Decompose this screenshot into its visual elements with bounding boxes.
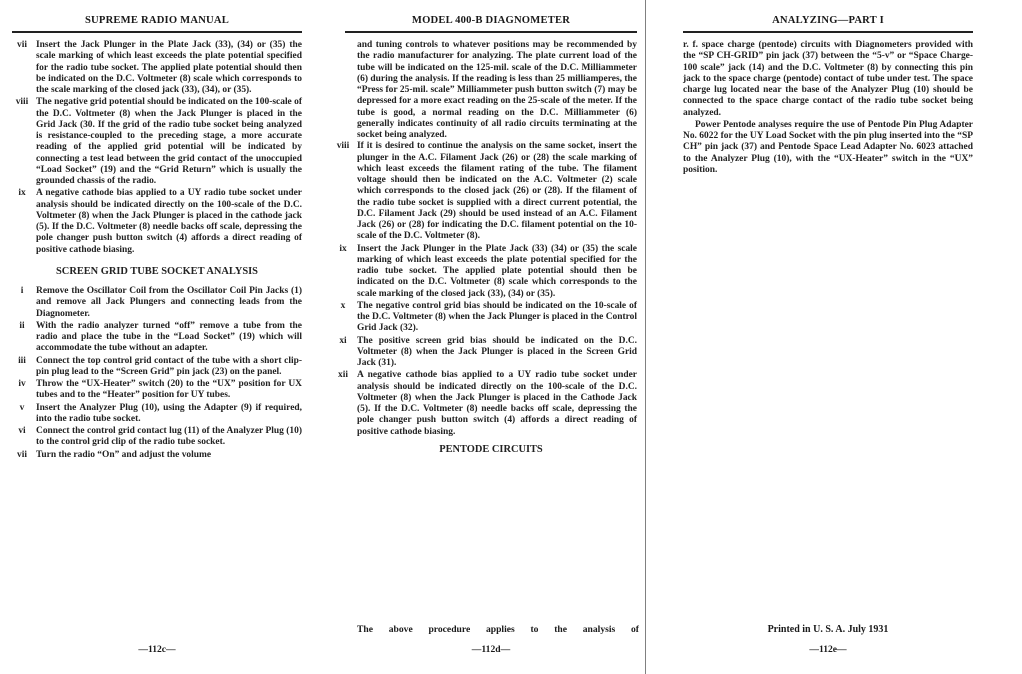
item-number: xii (333, 370, 357, 438)
item-text: Throw the “UX-Heater” switch (20) to the… (36, 379, 302, 402)
item-number: v (12, 403, 36, 426)
continuation-paragraph: and tuning controls to whatever position… (345, 40, 637, 141)
paragraph: r. f. space charge (pentode) circuits wi… (683, 40, 973, 119)
item-text: Turn the radio “On” and adjust the volum… (36, 450, 302, 461)
item-text: The negative grid potential should be in… (36, 97, 302, 187)
item-text: A negative cathode bias applied to a UY … (357, 370, 637, 438)
item-number: xi (333, 336, 357, 370)
item-text: Insert the Jack Plunger in the Plate Jac… (357, 244, 637, 300)
list-item: xThe negative control grid bias should b… (333, 301, 637, 335)
item-text: With the radio analyzer turned “off” rem… (36, 321, 302, 355)
item-text: Connect the control grid contact lug (11… (36, 426, 302, 449)
page-header: SUPREME RADIO MANUAL (12, 15, 302, 26)
header-rule (345, 31, 637, 33)
page-header: ANALYZING—PART I (683, 15, 973, 26)
list-item: iRemove the Oscillator Coil from the Osc… (12, 286, 302, 320)
item-number: iv (12, 379, 36, 402)
list-item: xiiA negative cathode bias applied to a … (333, 370, 637, 438)
item-text: Insert the Jack Plunger in the Plate Jac… (36, 40, 302, 96)
list-item: ivThrow the “UX-Heater” switch (20) to t… (12, 379, 302, 402)
item-text: The negative control grid bias should be… (357, 301, 637, 335)
header-rule (683, 31, 973, 33)
list-item: vInsert the Analyzer Plug (10), using th… (12, 403, 302, 426)
item-text: A negative cathode bias applied to a UY … (36, 188, 302, 256)
item-number: iii (12, 356, 36, 379)
last-line: The above procedure applies to the analy… (357, 624, 639, 635)
list-item: iiWith the radio analyzer turned “off” r… (12, 321, 302, 355)
list-item: xiThe positive screen grid bias should b… (333, 336, 637, 370)
item-number: vii (12, 450, 36, 461)
list-item: iiiConnect the top control grid contact … (12, 356, 302, 379)
page-number: —112e— (683, 644, 973, 655)
page-number: —112d— (345, 644, 637, 655)
item-number: ii (12, 321, 36, 355)
page-112c: SUPREME RADIO MANUAL viiInsert the Jack … (12, 0, 302, 674)
item-text: Insert the Analyzer Plug (10), using the… (36, 403, 302, 426)
list-item: ixInsert the Jack Plunger in the Plate J… (333, 244, 637, 300)
page-112d: MODEL 400-B DIAGNOMETER and tuning contr… (345, 0, 637, 674)
item-number: ix (333, 244, 357, 300)
section-title: SCREEN GRID TUBE SOCKET ANALYSIS (12, 266, 302, 277)
item-number: vii (12, 40, 36, 96)
item-number: viii (12, 97, 36, 187)
page-body: and tuning controls to whatever position… (345, 40, 637, 459)
item-text: The positive screen grid bias should be … (357, 336, 637, 370)
list-item: viiTurn the radio “On” and adjust the vo… (12, 450, 302, 461)
printed-note: Printed in U. S. A. July 1931 (683, 624, 973, 635)
section-title: PENTODE CIRCUITS (345, 444, 637, 455)
page-number: —112c— (12, 644, 302, 655)
item-text: If it is desired to continue the analysi… (357, 141, 637, 242)
page-body: r. f. space charge (pentode) circuits wi… (683, 40, 973, 176)
item-number: ix (12, 188, 36, 256)
list-item: viiiIf it is desired to continue the ana… (333, 141, 637, 242)
page-gutter-line (645, 0, 646, 674)
paragraph: Power Pentode analyses require the use o… (683, 120, 973, 176)
item-text: Connect the top control grid contact of … (36, 356, 302, 379)
item-number: x (333, 301, 357, 335)
page-body: viiInsert the Jack Plunger in the Plate … (12, 40, 302, 462)
header-rule (12, 31, 302, 33)
list-item: viConnect the control grid contact lug (… (12, 426, 302, 449)
list-item: viiInsert the Jack Plunger in the Plate … (12, 40, 302, 96)
list-item: ixA negative cathode bias applied to a U… (12, 188, 302, 256)
page-112e: ANALYZING—PART I r. f. space charge (pen… (683, 0, 973, 674)
list-item: viiiThe negative grid potential should b… (12, 97, 302, 187)
item-number: vi (12, 426, 36, 449)
item-number: viii (333, 141, 357, 242)
page-header: MODEL 400-B DIAGNOMETER (345, 15, 637, 26)
item-number: i (12, 286, 36, 320)
item-text: Remove the Oscillator Coil from the Osci… (36, 286, 302, 320)
